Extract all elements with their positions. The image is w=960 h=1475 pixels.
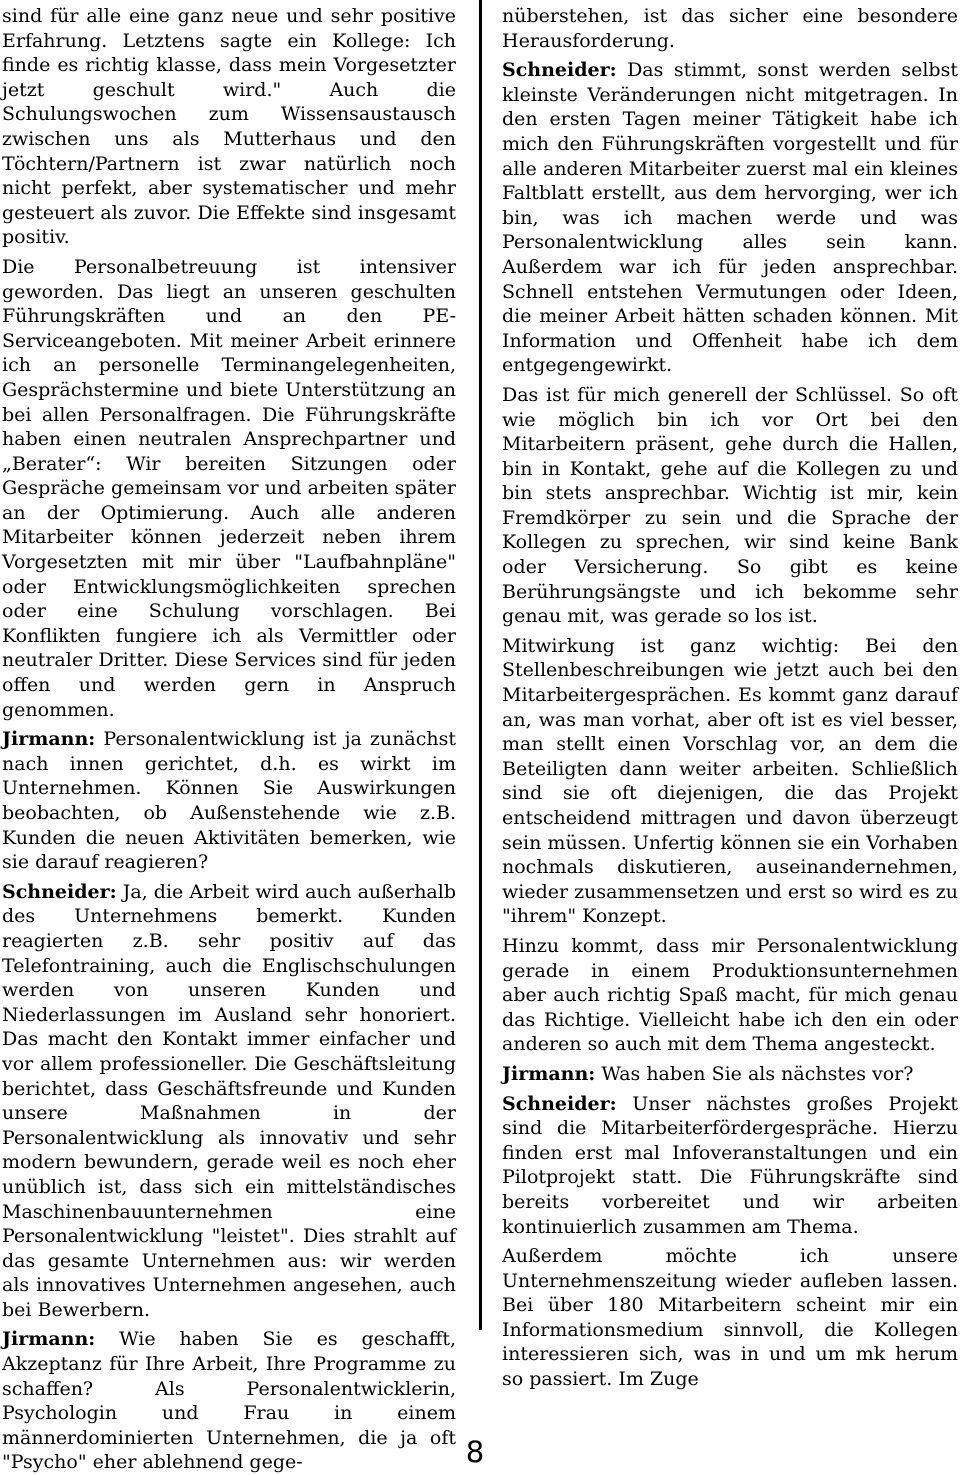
paragraph: sind für alle eine ganz neue und sehr po… <box>2 4 456 250</box>
paragraph: Schneider: Unser nächstes großes Projekt… <box>502 1092 958 1240</box>
paragraph: Hinzu kommt, dass mir Personalentwicklun… <box>502 934 958 1057</box>
paragraph: Jirmann: Was haben Sie als nächstes vor? <box>502 1062 958 1087</box>
paragraph: Schneider: Das stimmt, sonst werden selb… <box>502 58 958 378</box>
speaker-name: Jirmann: <box>2 728 95 750</box>
text-column-left: sind für alle eine ganz neue und sehr po… <box>2 0 456 1475</box>
page-number: 8 <box>466 1435 484 1469</box>
speaker-name: Schneider: <box>2 881 117 903</box>
paragraph: Die Personalbetreuung ist intensiver gew… <box>2 255 456 722</box>
speaker-name: Schneider: <box>502 59 617 81</box>
paragraph: Das ist für mich generell der Schlüssel.… <box>502 383 958 629</box>
speaker-name: Jirmann: <box>2 1328 95 1350</box>
paragraph: Schneider: Ja, die Arbeit wird auch auße… <box>2 880 456 1323</box>
column-divider-rule <box>479 0 482 1330</box>
speaker-name: Jirmann: <box>502 1063 595 1085</box>
page-footer: 8 <box>0 1437 950 1467</box>
paragraph: Außerdem möchte ich unsere Unternehmensz… <box>502 1244 958 1392</box>
paragraph: Mitwirkung ist ganz wichtig: Bei den Ste… <box>502 634 958 929</box>
speaker-name: Schneider: <box>502 1093 617 1115</box>
paragraph: Jirmann: Personalentwicklung ist ja zunä… <box>2 727 456 875</box>
paragraph: nüberstehen, ist das sicher eine besonde… <box>502 4 958 53</box>
page-body: sind für alle eine ganz neue und sehr po… <box>2 0 958 1475</box>
text-column-right: nüberstehen, ist das sicher eine besonde… <box>502 0 958 1397</box>
